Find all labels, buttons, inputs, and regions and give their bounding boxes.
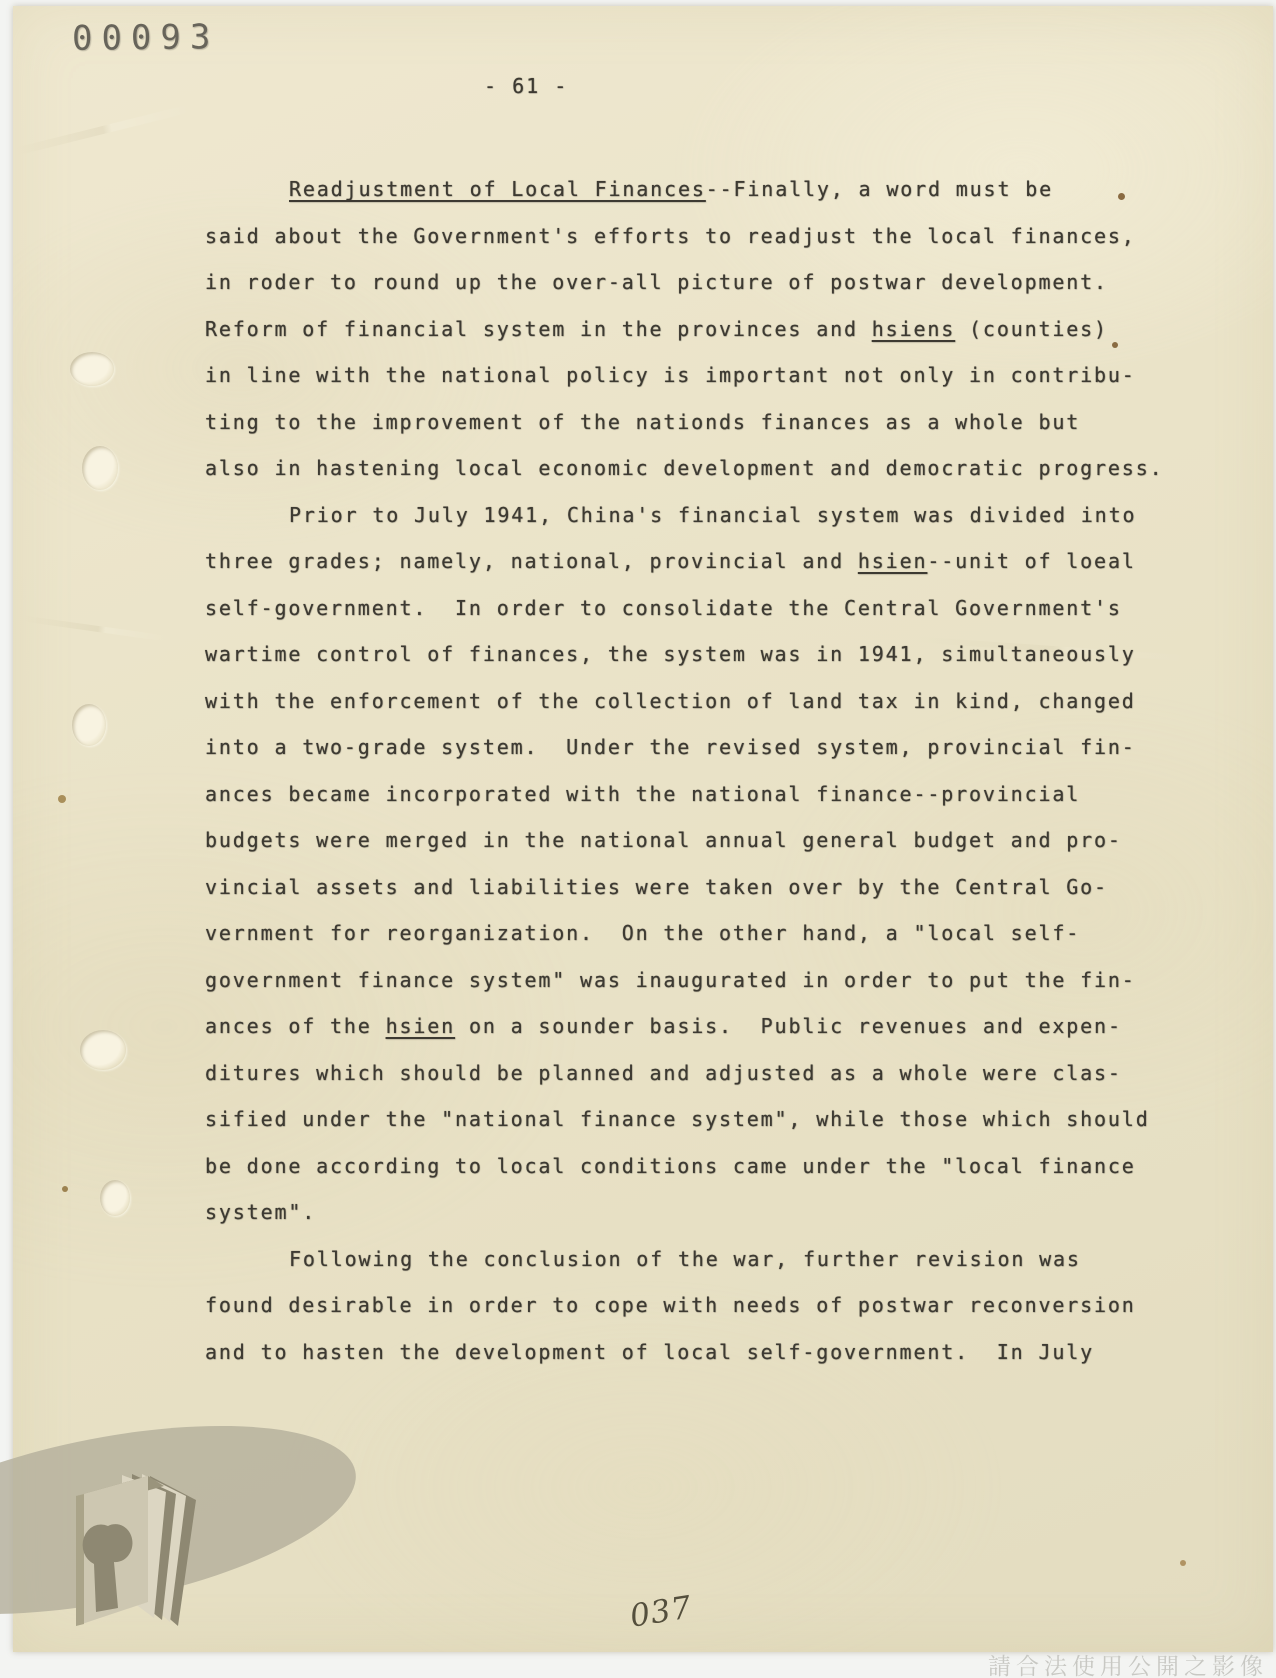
underlined-term: Readjustment of Local Finances bbox=[289, 177, 706, 201]
text-segment: --unit of loeal bbox=[927, 549, 1135, 573]
text-segment: Following the conclusion of the war, fur… bbox=[289, 1247, 1081, 1271]
text-segment: vernment for reorganization. On the othe… bbox=[205, 921, 1080, 945]
copyright-watermark: 請合法使用公開之影像 bbox=[988, 1648, 1268, 1678]
text-line: vincial assets and liabilities were take… bbox=[205, 864, 1165, 911]
paper-crease bbox=[23, 616, 172, 643]
text-segment: be done according to local conditions ca… bbox=[205, 1154, 1136, 1178]
text-line: ances became incorporated with the natio… bbox=[205, 771, 1165, 818]
text-segment: wartime control of finances, the system … bbox=[205, 642, 1136, 666]
text-line: three grades; namely, national, provinci… bbox=[205, 538, 1165, 585]
text-segment: Prior to July 1941, China's financial sy… bbox=[289, 503, 1136, 527]
paper-damage-spot bbox=[72, 704, 106, 746]
text-segment: in roder to round up the over-all pictur… bbox=[205, 270, 1108, 294]
text-line: Prior to July 1941, China's financial sy… bbox=[205, 492, 1165, 539]
text-segment: system". bbox=[205, 1200, 316, 1224]
text-line: and to hasten the development of local s… bbox=[205, 1329, 1165, 1376]
paper-damage-spot bbox=[70, 352, 114, 386]
paper-speck bbox=[1180, 1560, 1186, 1566]
text-segment: vincial assets and liabilities were take… bbox=[205, 875, 1108, 899]
text-segment: --Finally, a word must be bbox=[706, 177, 1053, 201]
text-segment: and to hasten the development of local s… bbox=[205, 1340, 1094, 1364]
underlined-term: hsien bbox=[858, 549, 927, 573]
text-segment: government finance system" was inaugurat… bbox=[205, 968, 1136, 992]
text-segment: budgets were merged in the national annu… bbox=[205, 828, 1122, 852]
text-line: vernment for reorganization. On the othe… bbox=[205, 910, 1165, 957]
text-line: Following the conclusion of the war, fur… bbox=[205, 1236, 1165, 1283]
text-segment: said about the Government's efforts to r… bbox=[205, 224, 1136, 248]
text-line: Reform of financial system in the provin… bbox=[205, 306, 1165, 353]
text-segment: ances of the bbox=[205, 1014, 386, 1038]
text-segment: found desirable in order to cope with ne… bbox=[205, 1293, 1136, 1317]
typed-text: Readjustment of Local Finances--Finally,… bbox=[205, 166, 1165, 1375]
text-line: in roder to round up the over-all pictur… bbox=[205, 259, 1165, 306]
text-segment: three grades; namely, national, provinci… bbox=[205, 549, 858, 573]
text-segment: Reform of financial system in the provin… bbox=[205, 317, 872, 341]
text-line: found desirable in order to cope with ne… bbox=[205, 1282, 1165, 1329]
text-line: budgets were merged in the national annu… bbox=[205, 817, 1165, 864]
text-line: ances of the hsien on a sounder basis. P… bbox=[205, 1003, 1165, 1050]
page-number: - 61 - bbox=[484, 74, 568, 98]
text-segment: (counties) bbox=[955, 317, 1108, 341]
text-segment: ting to the improvement of the nationds … bbox=[205, 410, 1080, 434]
underlined-term: hsiens bbox=[872, 317, 955, 341]
text-line: wartime control of finances, the system … bbox=[205, 631, 1165, 678]
paper-damage-spot bbox=[82, 446, 118, 490]
text-segment: on a sounder basis. Public revenues and … bbox=[455, 1014, 1122, 1038]
text-segment: sified under the "national finance syste… bbox=[205, 1107, 1150, 1131]
text-line: also in hastening local economic develop… bbox=[205, 445, 1165, 492]
text-segment: with the enforcement of the collection o… bbox=[205, 689, 1136, 713]
text-line: government finance system" was inaugurat… bbox=[205, 957, 1165, 1004]
text-segment: ditures which should be planned and adju… bbox=[205, 1061, 1122, 1085]
text-segment: in line with the national policy is impo… bbox=[205, 363, 1136, 387]
text-segment: into a two-grade system. Under the revis… bbox=[205, 735, 1136, 759]
paper-damage-spot bbox=[80, 1030, 126, 1070]
text-line: with the enforcement of the collection o… bbox=[205, 678, 1165, 725]
text-line: self-government. In order to consolidate… bbox=[205, 585, 1165, 632]
paper-speck bbox=[62, 1186, 68, 1192]
text-segment: self-government. In order to consolidate… bbox=[205, 596, 1122, 620]
text-segment: also in hastening local economic develop… bbox=[205, 456, 1163, 480]
stamp-number: 00093 bbox=[72, 17, 220, 59]
paper-speck bbox=[58, 795, 66, 803]
text-line: ting to the improvement of the nationds … bbox=[205, 399, 1165, 446]
text-segment: ances became incorporated with the natio… bbox=[205, 782, 1080, 806]
text-line: said about the Government's efforts to r… bbox=[205, 213, 1165, 260]
text-line: Readjustment of Local Finances--Finally,… bbox=[205, 166, 1165, 213]
text-line: in line with the national policy is impo… bbox=[205, 352, 1165, 399]
text-line: into a two-grade system. Under the revis… bbox=[205, 724, 1165, 771]
text-line: ditures which should be planned and adju… bbox=[205, 1050, 1165, 1097]
text-line: system". bbox=[205, 1189, 1165, 1236]
book-with-keyhole-logo-icon bbox=[0, 1378, 400, 1640]
underlined-term: hsien bbox=[386, 1014, 455, 1038]
paper-damage-spot bbox=[100, 1180, 130, 1216]
text-line: be done according to local conditions ca… bbox=[205, 1143, 1165, 1190]
paper-crease bbox=[15, 104, 192, 155]
text-line: sified under the "national finance syste… bbox=[205, 1096, 1165, 1143]
